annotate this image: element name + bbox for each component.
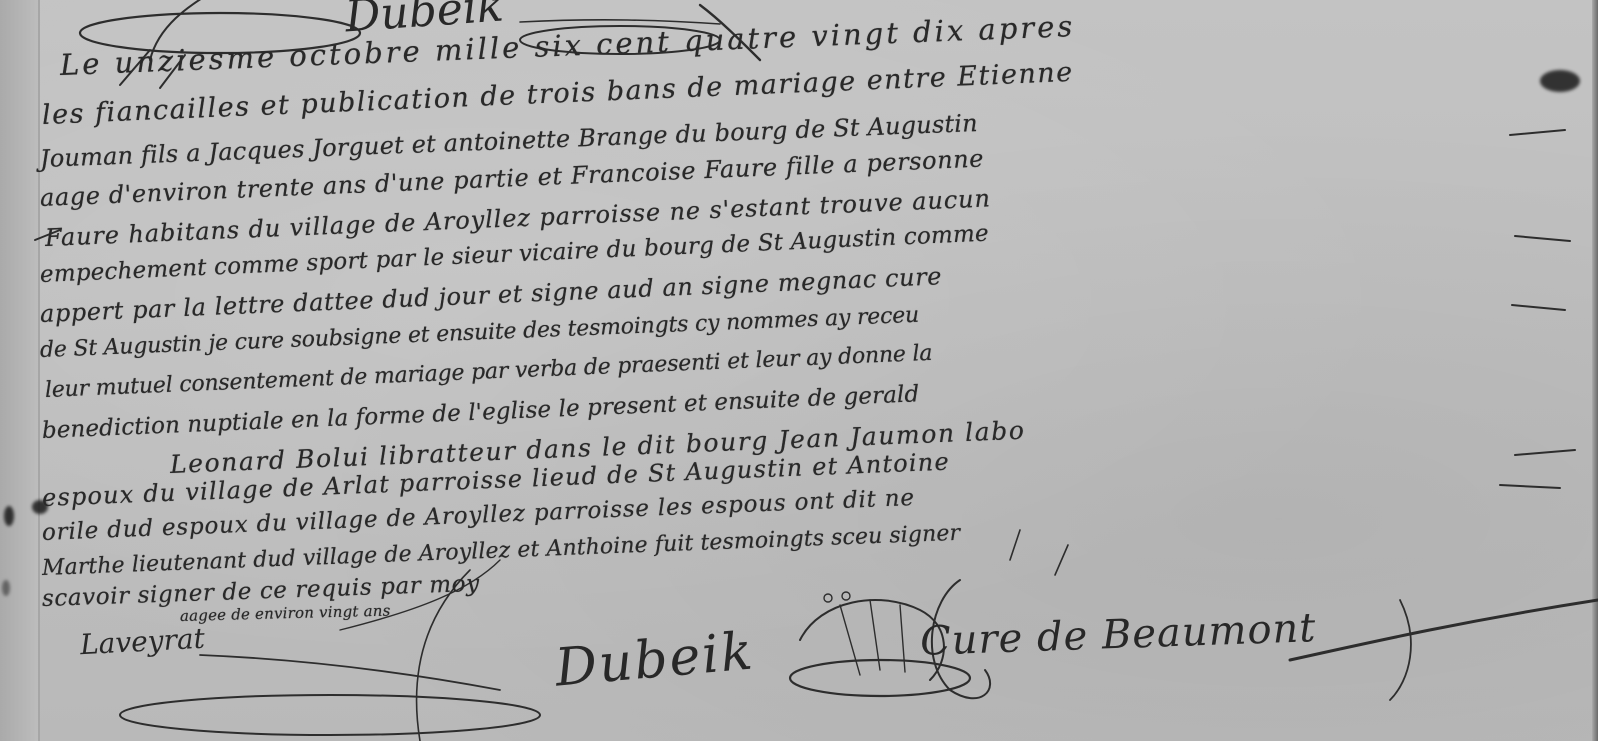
ink-blot: [1540, 70, 1580, 92]
page-edge: [1592, 0, 1598, 741]
signature-bottom-left: Laveyrat: [79, 622, 205, 661]
ink-blot: [2, 580, 10, 596]
page-margin: [0, 0, 40, 741]
signature-bottom-right: Cure de Beaumont: [919, 605, 1317, 665]
manuscript-page: Dubeik Le unziesme octobre mille six cen…: [0, 0, 1598, 741]
signature-bottom-center: Dubeik: [553, 621, 757, 698]
ink-blot: [4, 506, 14, 526]
